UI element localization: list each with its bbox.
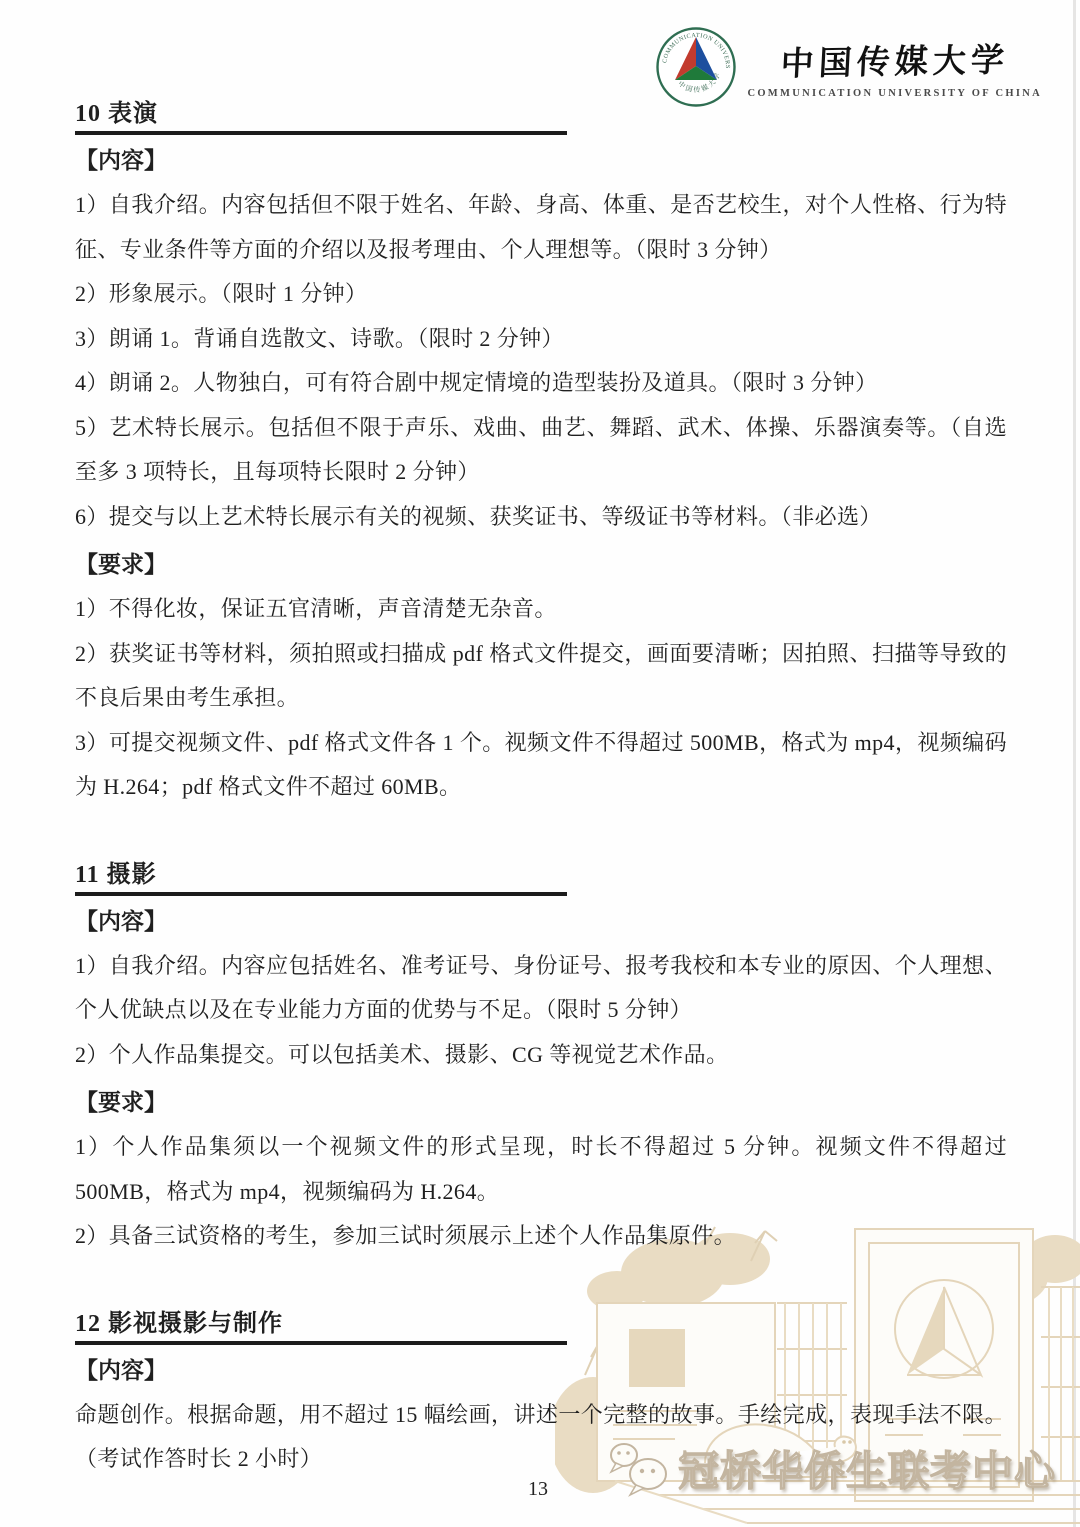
page-edge-shade	[1073, 0, 1076, 1527]
list-item: 1）自我介绍。内容应包括姓名、准考证号、身份证号、报考我校和本专业的原因、个人理…	[75, 944, 1007, 1033]
wechat-bubbles-icon	[606, 1439, 672, 1497]
page-number: 13	[528, 1478, 548, 1501]
watermark: 冠桥华侨生联考中心	[606, 1438, 1056, 1497]
list-item: 2）具备三试资格的考生，参加三试时须展示上述个人作品集原件。	[75, 1214, 1007, 1259]
list-item: 1）自我介绍。内容包括但不限于姓名、年龄、身高、体重、是否艺校生，对个人性格、行…	[75, 183, 1007, 272]
document-content: 10 表演 【内容】 1）自我介绍。内容包括但不限于姓名、年龄、身高、体重、是否…	[75, 93, 1007, 1482]
section-11-photography: 11 摄影 【内容】 1）自我介绍。内容应包括姓名、准考证号、身份证号、报考我校…	[75, 854, 1007, 1259]
list-item: 3）可提交视频文件、pdf 格式文件各 1 个。视频文件不得超过 500MB，格…	[75, 721, 1007, 810]
list-item: 1）个人作品集须以一个视频文件的形式呈现，时长不得超过 5 分钟。视频文件不得超…	[75, 1125, 1007, 1214]
list-item: 2）获奖证书等材料，须拍照或扫描成 pdf 格式文件提交，画面要清晰；因拍照、扫…	[75, 632, 1007, 721]
requirements-label: 【要求】	[75, 1081, 1007, 1125]
list-item: 3）朗诵 1。背诵自选散文、诗歌。（限时 2 分钟）	[75, 317, 1007, 362]
list-item: 2）个人作品集提交。可以包括美术、摄影、CG 等视觉艺术作品。	[75, 1033, 1007, 1078]
section-10-performance: 10 表演 【内容】 1）自我介绍。内容包括但不限于姓名、年龄、身高、体重、是否…	[75, 93, 1007, 810]
heading-underline	[75, 1341, 567, 1345]
list-item: 5）艺术特长展示。包括但不限于声乐、戏曲、曲艺、舞蹈、武术、体操、乐器演奏等。（…	[75, 406, 1007, 495]
university-name-cn: 中国传媒大学	[779, 34, 1010, 85]
section-title: 10 表演	[75, 93, 1007, 128]
content-label: 【内容】	[75, 139, 1007, 183]
section-title: 11 摄影	[75, 854, 1007, 889]
content-label: 【内容】	[75, 1349, 1007, 1393]
heading-underline	[75, 892, 567, 896]
list-item: 2）形象展示。（限时 1 分钟）	[75, 272, 1007, 317]
list-item: 6）提交与以上艺术特长展示有关的视频、获奖证书、等级证书等材料。（非必选）	[75, 495, 1007, 540]
list-item: 4）朗诵 2。人物独白，可有符合剧中规定情境的造型装扮及道具。（限时 3 分钟）	[75, 361, 1007, 406]
document-page: COMMUNICATION UNIVERSITY OF CHINA 中国传媒大学…	[0, 0, 1080, 1527]
watermark-text: 冠桥华侨生联考中心	[678, 1438, 1056, 1497]
content-label: 【内容】	[75, 900, 1007, 944]
requirements-label: 【要求】	[75, 543, 1007, 587]
section-title: 12 影视摄影与制作	[75, 1303, 1007, 1338]
heading-underline	[75, 131, 567, 135]
list-item: 1）不得化妆，保证五官清晰，声音清楚无杂音。	[75, 587, 1007, 632]
